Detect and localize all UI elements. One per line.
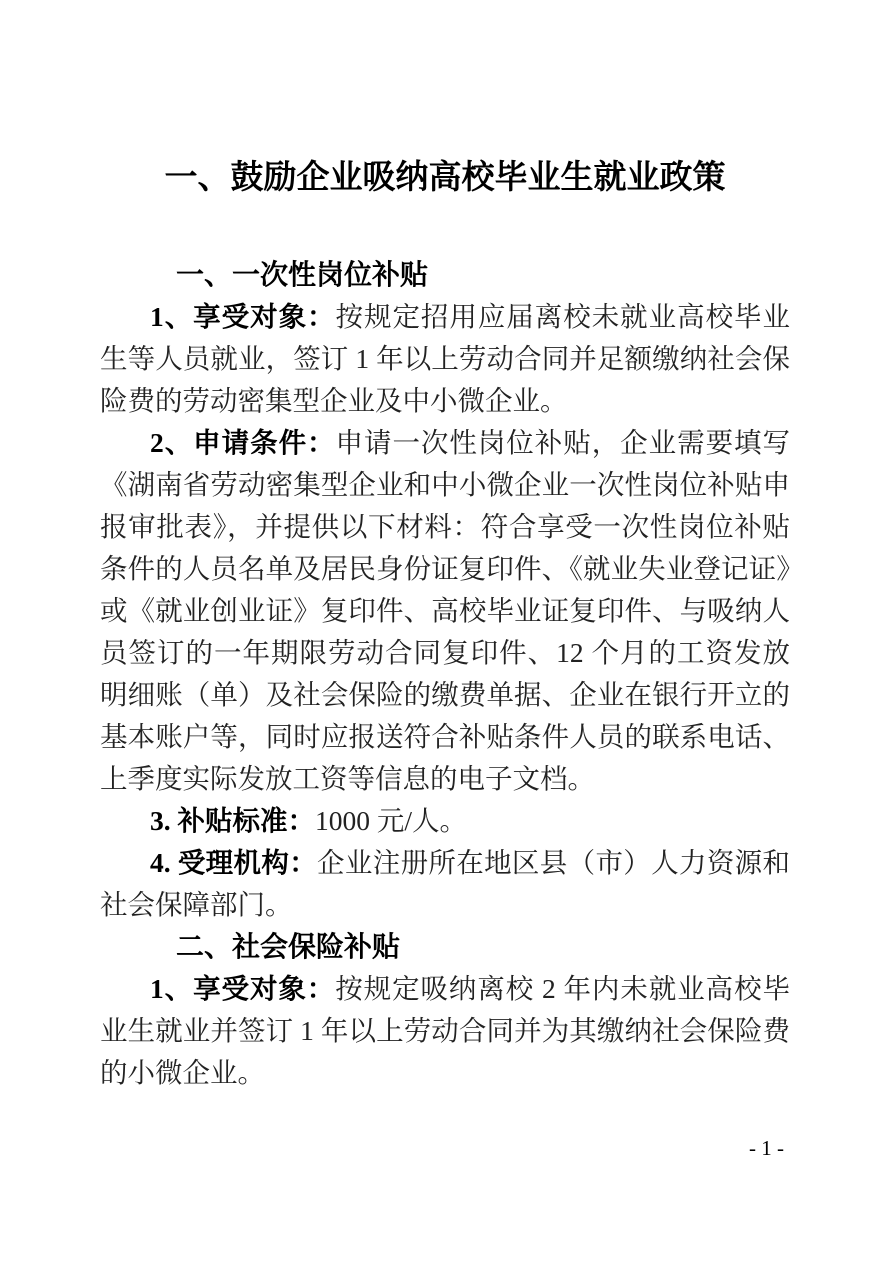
section-heading-1: 一、一次性岗位补贴 bbox=[100, 254, 790, 296]
paragraph-subsidy-standard: 3. 补贴标准：1000 元/人。 bbox=[100, 800, 790, 842]
paragraph-text: 1000 元/人。 bbox=[315, 805, 467, 836]
section-heading-2: 二、社会保险补贴 bbox=[100, 926, 790, 968]
paragraph-enjoy-target-2: 1、享受对象：按规定吸纳离校 2 年内未就业高校毕业生就业并签订 1 年以上劳动… bbox=[100, 968, 790, 1094]
page-number: - 1 - bbox=[749, 1136, 784, 1160]
paragraph-label: 2、申请条件： bbox=[150, 427, 336, 458]
paragraph-label: 1、享受对象： bbox=[150, 973, 335, 1004]
paragraph-label: 4. 受理机构： bbox=[150, 847, 317, 878]
paragraph-enjoy-target-1: 1、享受对象：按规定招用应届离校未就业高校毕业生等人员就业，签订 1 年以上劳动… bbox=[100, 296, 790, 422]
document-title: 一、鼓励企业吸纳高校毕业生就业政策 bbox=[100, 156, 790, 200]
paragraph-text: 申请一次性岗位补贴，企业需要填写《湖南省劳动密集型企业和中小微企业一次性岗位补贴… bbox=[100, 427, 790, 794]
document-page: 一、鼓励企业吸纳高校毕业生就业政策 一、一次性岗位补贴 1、享受对象：按规定招用… bbox=[0, 0, 892, 1262]
paragraph-label: 3. 补贴标准： bbox=[150, 805, 315, 836]
paragraph-label: 1、享受对象： bbox=[150, 301, 336, 332]
paragraph-accepting-agency: 4. 受理机构：企业注册所在地区县（市）人力资源和社会保障部门。 bbox=[100, 842, 790, 926]
paragraph-apply-conditions: 2、申请条件：申请一次性岗位补贴，企业需要填写《湖南省劳动密集型企业和中小微企业… bbox=[100, 422, 790, 800]
